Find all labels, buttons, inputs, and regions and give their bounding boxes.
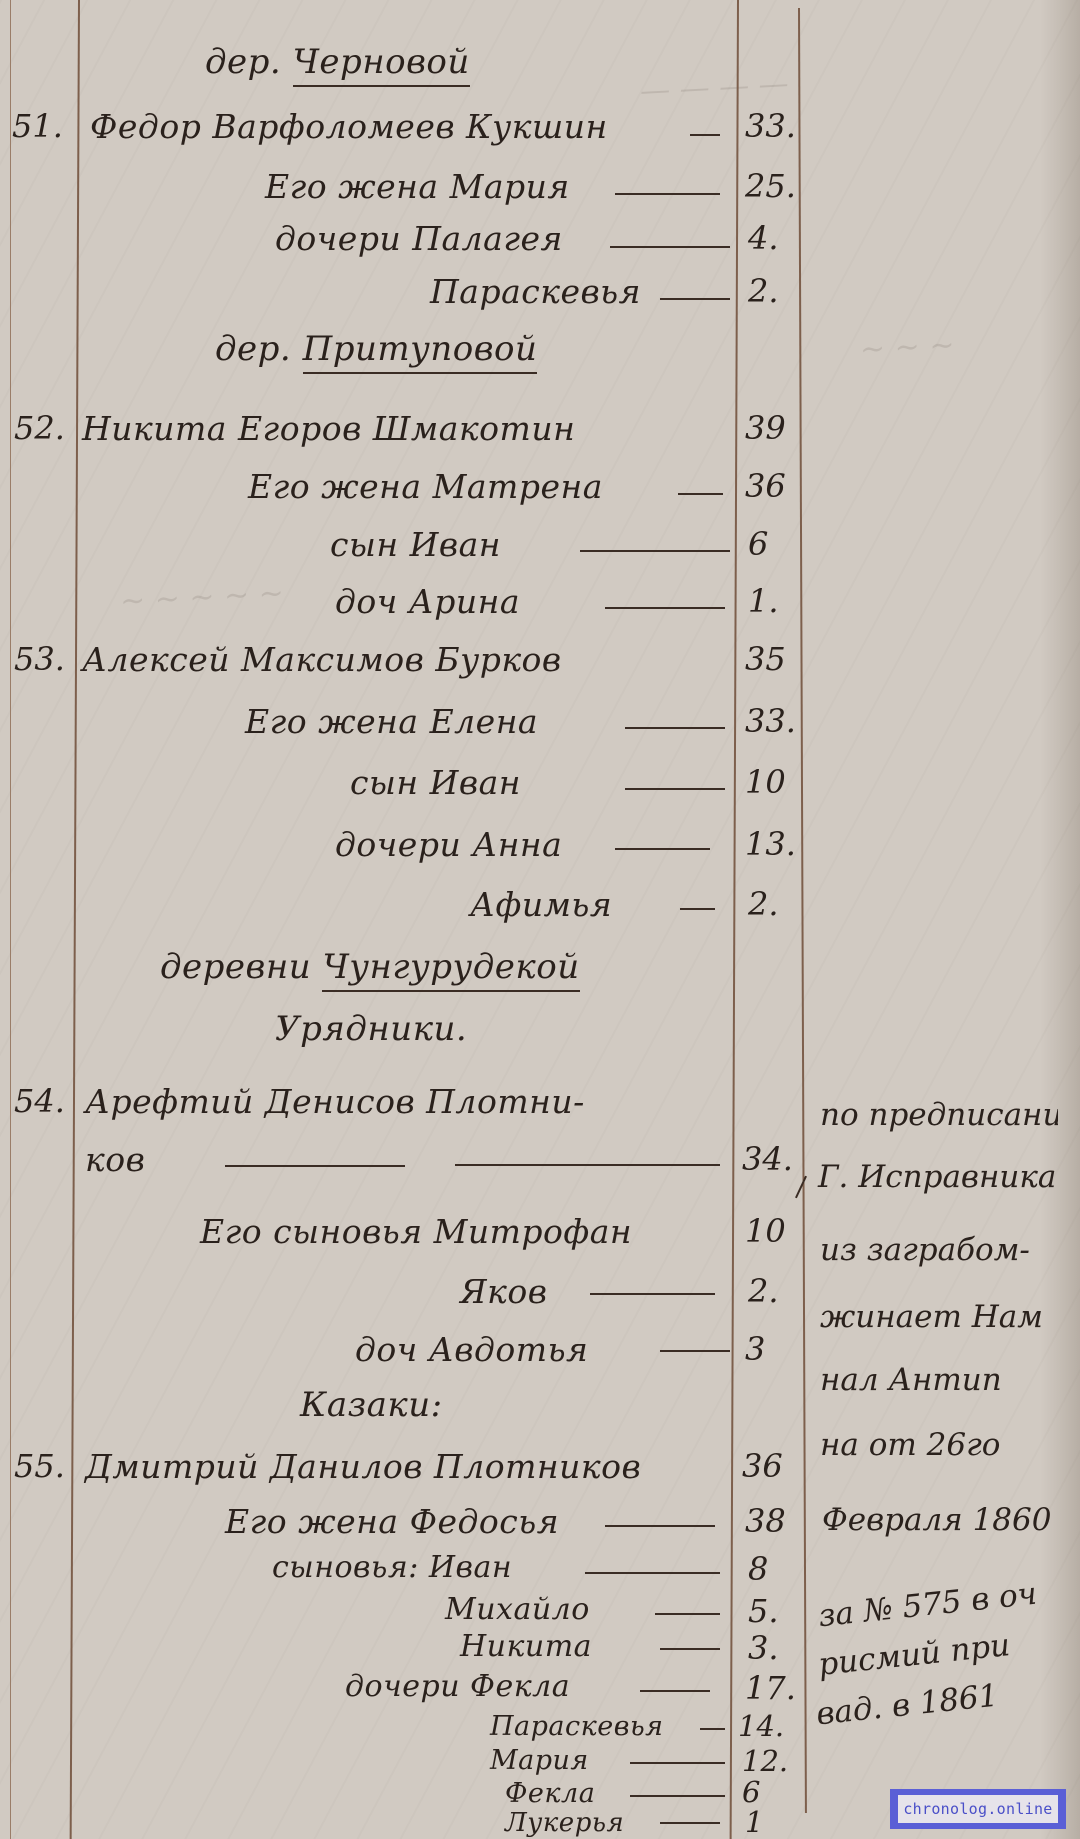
dash xyxy=(455,1164,720,1166)
watermark-badge: chronolog.online xyxy=(890,1789,1066,1829)
member-age: 13. xyxy=(745,828,796,860)
number-column-rule xyxy=(70,0,80,1839)
dash xyxy=(655,1613,720,1615)
member-age: 36 xyxy=(745,470,786,502)
dash xyxy=(660,1350,730,1352)
member-name: Его жена Елена xyxy=(245,705,538,738)
dash xyxy=(630,1795,725,1797)
dash xyxy=(610,246,730,248)
section-subheading: Урядники. xyxy=(275,1012,467,1046)
member-name: Параскевья xyxy=(490,1713,664,1740)
member-age: 14. xyxy=(738,1712,784,1741)
dash xyxy=(580,550,730,552)
dash xyxy=(625,727,725,729)
member-age: 39 xyxy=(745,412,786,444)
dash xyxy=(615,193,720,195)
dash xyxy=(585,1572,720,1574)
household-number: 53. xyxy=(14,643,65,675)
document-page: — — — — ~ ~ ~ ~ ~ ~ ~ ~ дер. Черновой 51… xyxy=(0,0,1080,1839)
member-name: Лукерья xyxy=(505,1810,624,1836)
member-name: дочери Фекла xyxy=(345,1672,570,1702)
member-age: 3 xyxy=(745,1333,765,1365)
bleed-through-text: ~ ~ ~ ~ ~ xyxy=(119,576,284,620)
watermark-text: chronolog.online xyxy=(898,1795,1058,1823)
member-name: Арефтий Денисов Плотни- xyxy=(85,1085,585,1118)
member-age: 17. xyxy=(745,1672,796,1704)
member-name: доч Авдотья xyxy=(355,1333,588,1366)
section-heading: дер. Притуповой xyxy=(215,332,537,366)
member-name: Афимья xyxy=(470,888,612,921)
member-name: Его жена Матрена xyxy=(248,470,603,503)
member-name: Его жена Мария xyxy=(265,170,570,203)
member-age: 35 xyxy=(745,643,786,675)
section-heading: деревни Чунгурудекой xyxy=(160,950,580,984)
member-age: 34. xyxy=(742,1143,793,1175)
dash xyxy=(640,1690,710,1692)
check-mark xyxy=(795,1176,807,1199)
member-age: 2. xyxy=(748,1275,779,1307)
member-age: 38 xyxy=(745,1505,786,1537)
section-heading: дер. Черновой xyxy=(205,45,470,79)
dash xyxy=(630,1762,725,1764)
member-name: Фекла xyxy=(505,1780,595,1807)
member-age: 25. xyxy=(745,170,796,202)
member-age: 6 xyxy=(742,1778,760,1807)
member-age: 10 xyxy=(745,1215,786,1247)
member-name: дочери Анна xyxy=(335,828,562,861)
member-age: 12. xyxy=(742,1747,788,1776)
member-name: Федор Варфоломеев Кукшин xyxy=(90,110,608,143)
member-age: 1 xyxy=(745,1808,763,1837)
dash xyxy=(225,1165,405,1167)
member-age: 6 xyxy=(748,528,768,560)
dash xyxy=(660,1822,720,1824)
member-name: Никита Егоров Шмакотин xyxy=(82,412,575,445)
household-number: 51. xyxy=(12,110,63,142)
dash xyxy=(605,1525,715,1527)
member-name: сын Иван xyxy=(350,766,521,799)
member-age: 1. xyxy=(748,585,779,617)
member-age: 2. xyxy=(748,275,779,307)
household-number: 55. xyxy=(14,1450,65,1482)
member-name: сын Иван xyxy=(330,528,501,561)
dash xyxy=(680,908,715,910)
bleed-through-text: — — — — xyxy=(639,66,789,109)
section-heading: Казаки: xyxy=(300,1388,443,1422)
member-name: Параскевья xyxy=(430,275,641,308)
member-age: 33. xyxy=(745,705,796,737)
household-number: 52. xyxy=(14,412,65,444)
member-name: доч Арина xyxy=(335,585,520,618)
dash xyxy=(660,1648,720,1650)
member-name: сыновья: Иван xyxy=(272,1553,512,1583)
member-name: Михайло xyxy=(445,1595,590,1625)
member-name-continuation: ков xyxy=(85,1143,145,1176)
household-number: 54. xyxy=(14,1085,65,1117)
bleed-through-text: ~ ~ ~ xyxy=(859,328,955,368)
member-age: 33. xyxy=(745,110,796,142)
member-age: 36 xyxy=(742,1450,783,1482)
dash xyxy=(625,788,725,790)
member-name: Никита xyxy=(460,1632,592,1662)
member-name: Его жена Федосья xyxy=(225,1505,559,1538)
dash xyxy=(700,1728,725,1730)
dash xyxy=(605,607,725,609)
member-name: Яков xyxy=(460,1275,547,1308)
member-name: Дмитрий Данилов Плотников xyxy=(85,1450,641,1483)
member-name: дочери Палагея xyxy=(275,222,563,255)
margin-annotation: по предписани Г. Исправника из заграбом-… xyxy=(808,1080,1058,1800)
dash xyxy=(615,848,710,850)
member-age: 5. xyxy=(748,1595,779,1627)
member-age: 10 xyxy=(745,766,786,798)
dash xyxy=(660,298,730,300)
dash xyxy=(678,493,723,495)
member-name: Его сыновья Митрофан xyxy=(200,1215,632,1248)
member-age: 4. xyxy=(748,222,779,254)
outer-margin-rule xyxy=(10,0,11,1839)
dash xyxy=(590,1293,715,1295)
member-name: Мария xyxy=(490,1747,589,1774)
member-age: 8 xyxy=(748,1553,768,1585)
dash xyxy=(690,134,720,136)
age-column-left-rule xyxy=(730,0,739,1839)
age-column-right-rule xyxy=(798,8,807,1813)
member-name: Алексей Максимов Бурков xyxy=(82,643,562,676)
member-age: 2. xyxy=(748,888,779,920)
member-age: 3. xyxy=(748,1632,779,1664)
